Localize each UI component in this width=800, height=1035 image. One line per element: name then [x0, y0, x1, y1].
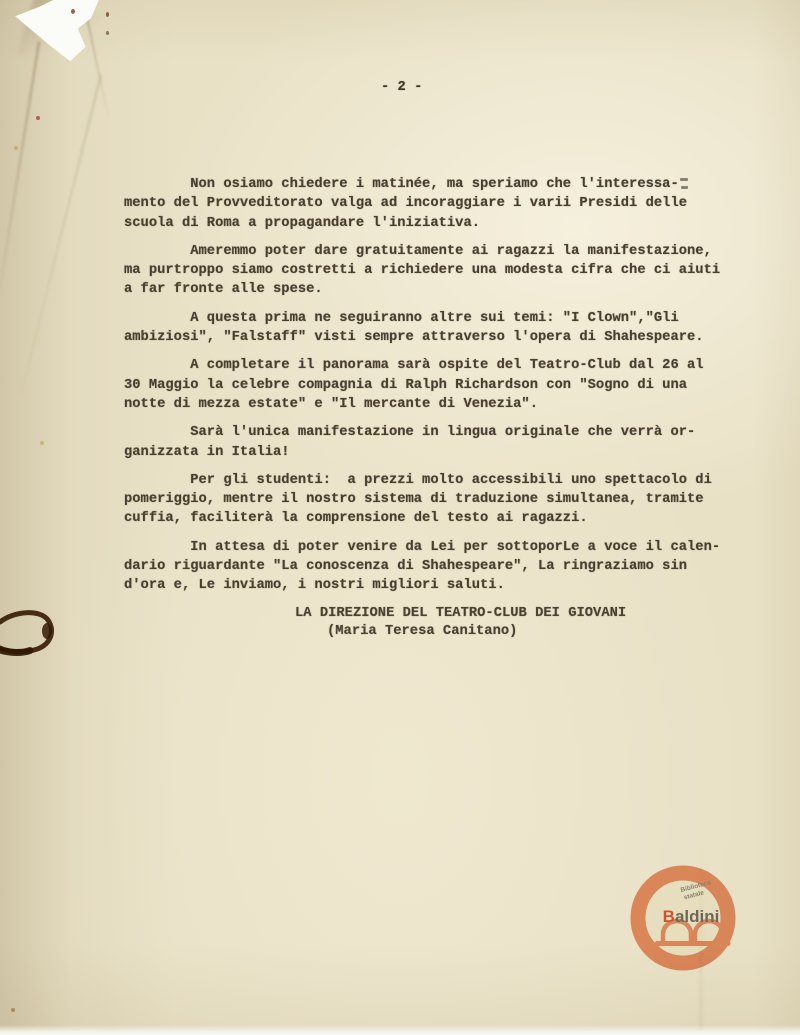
paragraph: Sarà l'unica manifestazione in lingua or…: [124, 423, 734, 462]
paragraph-line: Ameremmo poter dare gratuitamente ai rag…: [124, 242, 734, 261]
library-stamp: Baldini Biblioteca statale: [627, 862, 739, 974]
paragraph: Per gli studenti: a prezzi molto accessi…: [124, 471, 734, 529]
paragraph-line: ma purtroppo siamo costretti a richieder…: [124, 261, 734, 280]
paragraph-line: Sarà l'unica manifestazione in lingua or…: [124, 423, 734, 442]
paragraph-line: ganizzata in Italia!: [124, 443, 734, 462]
signature-line-1: LA DIREZIONE DEL TEATRO-CLUB DEI GIOVANI: [295, 606, 626, 621]
paragraph-line: A completare il panorama sarà ospite del…: [124, 356, 734, 375]
ink-blot: [0, 598, 64, 662]
paragraph-line: In attesa di poter venire da Lei per sot…: [124, 538, 734, 557]
paragraph-line: pomeriggio, mentre il nostro sistema di …: [124, 490, 734, 509]
paragraph-line: scuola di Roma a propagandare l'iniziati…: [124, 214, 734, 233]
paragraph-line: ambiziosi", "Falstaff" visti sempre attr…: [124, 328, 734, 347]
document-body: Non osiamo chiedere i matinée, ma speria…: [124, 175, 734, 605]
paper-speck: [40, 441, 44, 445]
paragraph: Non osiamo chiedere i matinée, ma speria…: [124, 175, 734, 233]
paper-speck: [36, 116, 40, 120]
paragraph: A completare il panorama sarà ospite del…: [124, 356, 734, 414]
paragraph-line: cuffia, faciliterà la comprensione del t…: [124, 509, 734, 528]
scan-edge-bottom: [0, 1025, 800, 1035]
paragraph-line: dario riguardante "La conoscenza di Shah…: [124, 557, 734, 576]
paragraph-line: notte di mezza estate" e "Il mercante di…: [124, 395, 734, 414]
paragraph-line: d'ora e, Le inviamo, i nostri migliori s…: [124, 576, 734, 595]
paper-speck: [71, 9, 75, 14]
signature-line-2: (Maria Teresa Canitano): [327, 624, 517, 639]
page-number: - 2 -: [381, 80, 422, 95]
paper-speck: [106, 31, 109, 35]
paper-speck: [14, 146, 18, 150]
paragraph-line: A questa prima ne seguiranno altre sui t…: [124, 309, 734, 328]
paragraph-line: 30 Maggio la celebre compagnia di Ralph …: [124, 376, 734, 395]
paragraph-line: Non osiamo chiedere i matinée, ma speria…: [124, 175, 734, 194]
paragraph: In attesa di poter venire da Lei per sot…: [124, 538, 734, 596]
paragraph: A questa prima ne seguiranno altre sui t…: [124, 309, 734, 348]
paper-speck: [106, 12, 109, 17]
paragraph-line: Per gli studenti: a prezzi molto accessi…: [124, 471, 734, 490]
paragraph: Ameremmo poter dare gratuitamente ai rag…: [124, 242, 734, 300]
paragraph-line: mento del Provveditorato valga ad incora…: [124, 194, 734, 213]
paper-speck: [11, 1008, 15, 1012]
stamp-name: Baldini: [663, 907, 720, 926]
paragraph-line: a far fronte alle spese.: [124, 280, 734, 299]
